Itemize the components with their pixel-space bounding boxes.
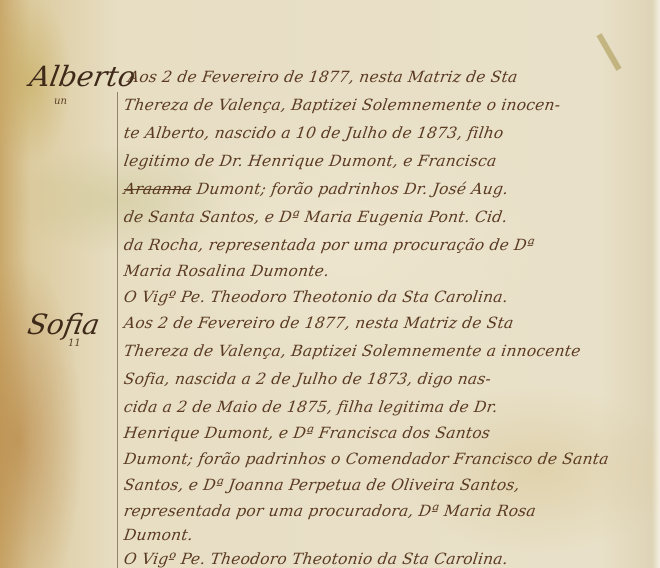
- entry-line: Aos 2 de Fevereiro de 1877, nesta Matriz…: [123, 314, 515, 332]
- register-page: Alberto un Aos 2 de Fevereiro de 1877, n…: [0, 0, 660, 568]
- entry-line: da Rocha, representada por uma procuraçã…: [123, 236, 536, 254]
- entry-line: Thereza de Valença, Baptizei Solemnement…: [123, 342, 582, 360]
- entry-line: Thereza de Valença, Baptizei Solemnement…: [123, 96, 562, 114]
- entry-line: Dumont.: [123, 526, 195, 544]
- entry-line: Maria Rosalina Dumonte.: [123, 262, 331, 280]
- margin-rule-line: [117, 92, 118, 568]
- entry-line: Santos, e Dª Joanna Perpetua de Oliveira…: [123, 476, 521, 494]
- signature: O Vigº Pe. Theodoro Theotonio da Sta Car…: [123, 288, 509, 306]
- entry-line: Araanna Dumont; forão padrinhos Dr. José…: [123, 180, 510, 198]
- margin-name-alberto: Alberto: [27, 60, 138, 93]
- signature: O Vigº Pe. Theodoro Theotonio da Sta Car…: [123, 550, 509, 568]
- entry-line: de Santa Santos, e Dª Maria Eugenia Pont…: [123, 208, 509, 226]
- entry-line: Sofia, nascida a 2 de Julho de 1873, dig…: [123, 370, 493, 388]
- paper-crease: [596, 33, 621, 71]
- entry-line: Henrique Dumont, e Dª Francisca dos Sant…: [123, 424, 492, 442]
- entry-line: representada por uma procuradora, Dª Mar…: [123, 502, 537, 520]
- margin-name-sofia: Sofia: [25, 308, 102, 341]
- entry-line: legitimo de Dr. Henrique Dumont, e Franc…: [123, 152, 498, 170]
- struck-word: Araanna: [123, 180, 193, 198]
- margin-note: un: [54, 96, 67, 107]
- entry-line: cida a 2 de Maio de 1875, filha legitima…: [123, 398, 499, 416]
- page-edge: [652, 0, 660, 568]
- entry-line: Dumont; forão padrinhos o Comendador Fra…: [123, 450, 610, 468]
- entry-line: te Alberto, nascido a 10 de Julho de 187…: [123, 124, 505, 142]
- margin-note: 11: [68, 338, 81, 349]
- entry-line: Aos 2 de Fevereiro de 1877, nesta Matriz…: [127, 68, 519, 86]
